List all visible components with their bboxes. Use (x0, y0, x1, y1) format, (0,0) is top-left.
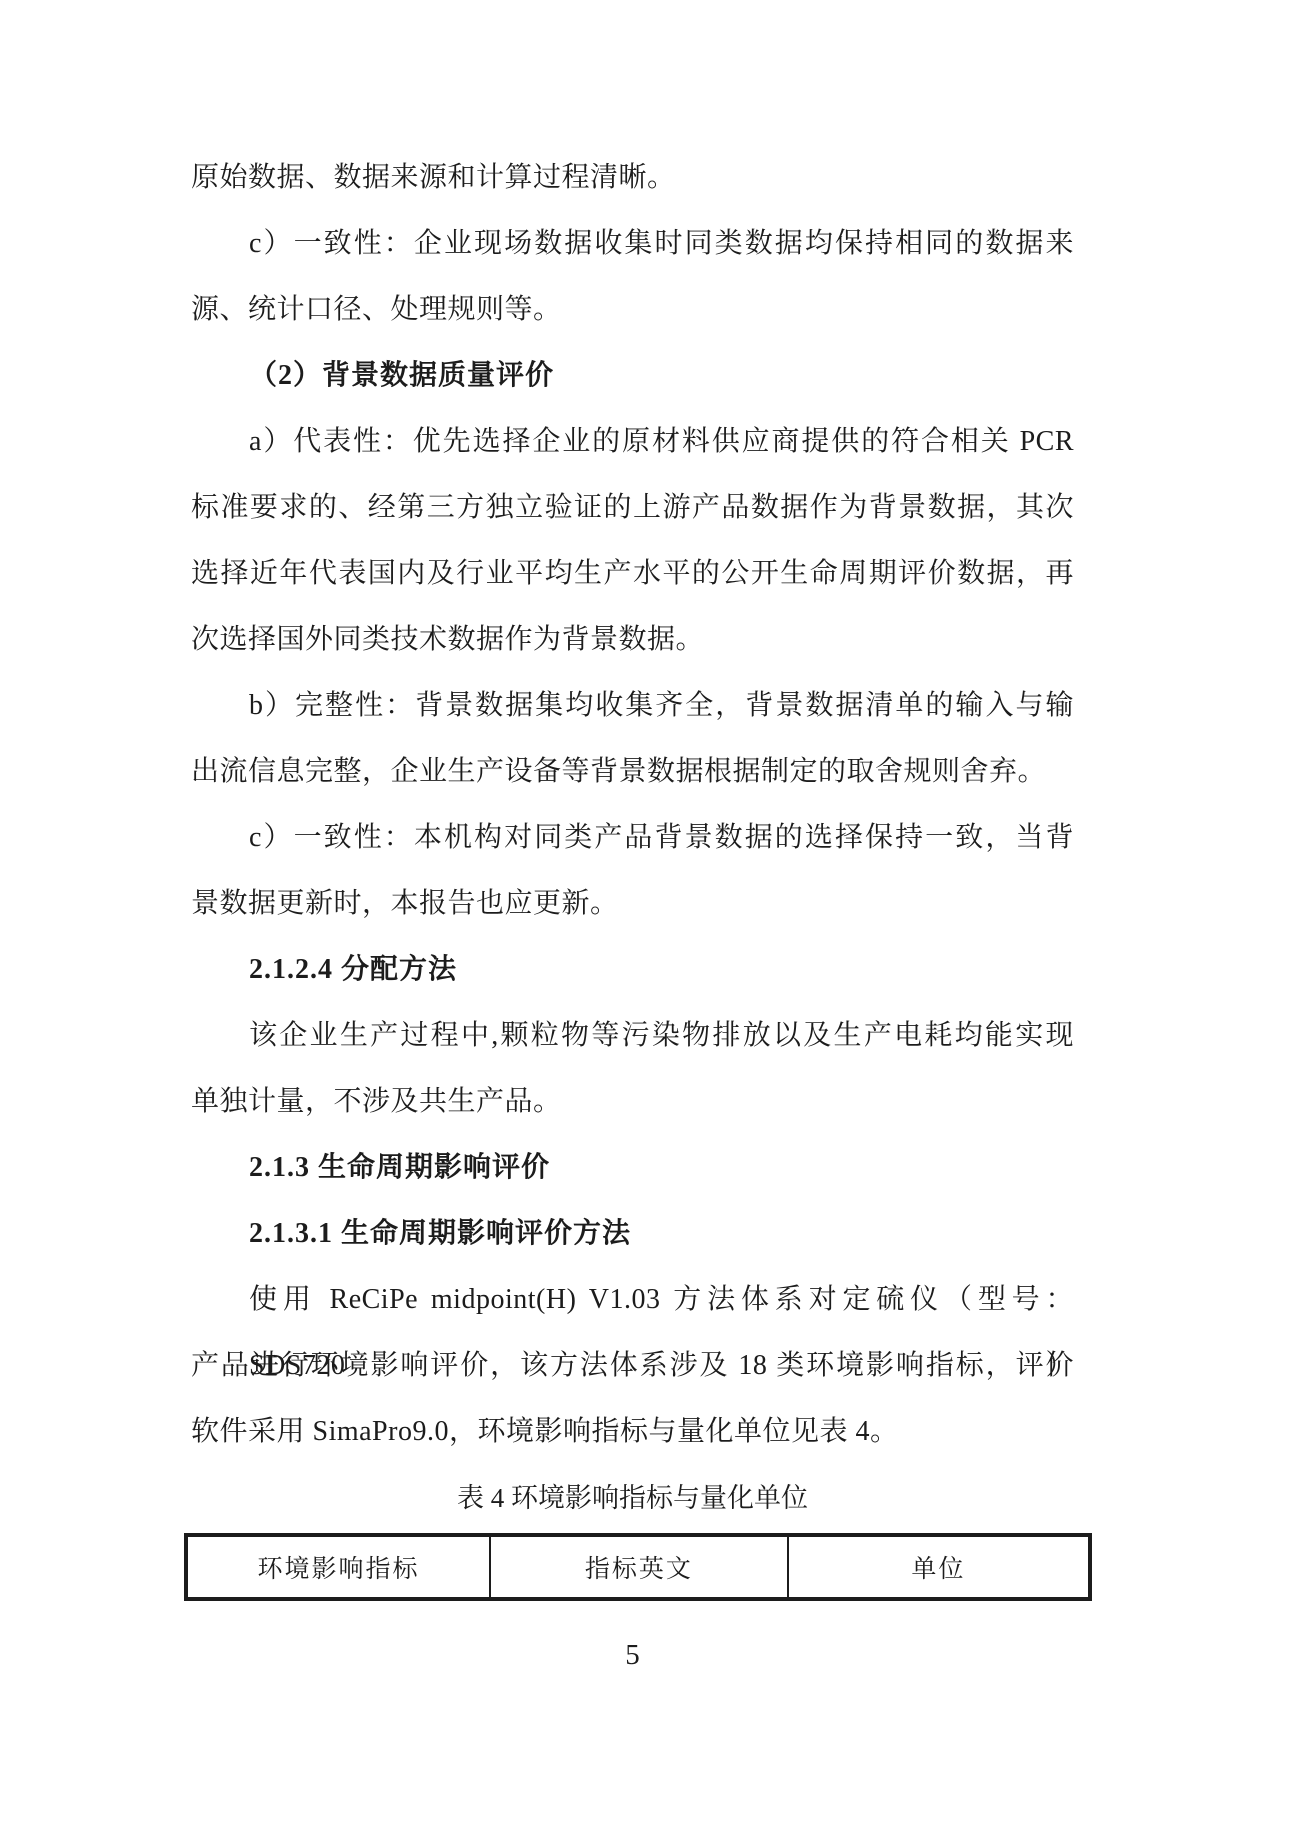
body-text-line: 产品进行环境影响评价，该方法体系涉及 18 类环境影响指标，评价 (191, 1333, 1074, 1399)
body-text-line: 标准要求的、经第三方独立验证的上游产品数据作为背景数据，其次 (191, 475, 1074, 541)
document-page: 原始数据、数据来源和计算过程清晰。 c）一致性：企业现场数据收集时同类数据均保持… (0, 0, 1299, 1836)
body-text-line: c）一致性：企业现场数据收集时同类数据均保持相同的数据来 (191, 211, 1074, 277)
body-text-line: a）代表性：优先选择企业的原材料供应商提供的符合相关 PCR (191, 409, 1074, 475)
body-text-line: 次选择国外同类技术数据作为背景数据。 (191, 607, 1074, 673)
section-heading-background-data-quality: （2）背景数据质量评价 (191, 343, 1074, 409)
body-text-line: 软件采用 SimaPro9.0，环境影响指标与量化单位见表 4。 (191, 1399, 1074, 1465)
table-header-row: 环境影响指标 指标英文 单位 (186, 1535, 1090, 1599)
section-heading-lcia: 2.1.3 生命周期影响评价 (191, 1135, 1074, 1201)
table-header-unit: 单位 (788, 1535, 1090, 1599)
body-text-line: 选择近年代表国内及行业平均生产水平的公开生命周期评价数据，再 (191, 541, 1074, 607)
body-text-line: 源、统计口径、处理规则等。 (191, 277, 1074, 343)
body-text-line: 该企业生产过程中,颗粒物等污染物排放以及生产电耗均能实现 (191, 1003, 1074, 1069)
body-text-line: 原始数据、数据来源和计算过程清晰。 (191, 145, 1074, 211)
table-header-impact-indicator: 环境影响指标 (186, 1535, 490, 1599)
body-text-line: 单独计量，不涉及共生产品。 (191, 1069, 1074, 1135)
table-caption: 表 4 环境影响指标与量化单位 (191, 1465, 1074, 1531)
section-heading-lcia-method: 2.1.3.1 生命周期影响评价方法 (191, 1201, 1074, 1267)
section-heading-allocation-method: 2.1.2.4 分配方法 (191, 937, 1074, 1003)
body-text-line: b）完整性：背景数据集均收集齐全，背景数据清单的输入与输 (191, 673, 1074, 739)
body-text-line: c）一致性：本机构对同类产品背景数据的选择保持一致，当背 (191, 805, 1074, 871)
body-text-line: 使用 ReCiPe midpoint(H) V1.03 方法体系对定硫仪（型号：… (191, 1267, 1074, 1333)
table-header-indicator-english: 指标英文 (490, 1535, 788, 1599)
page-number: 5 (191, 1635, 1074, 1675)
environmental-impact-table: 环境影响指标 指标英文 单位 (184, 1533, 1092, 1601)
body-text-line: 出流信息完整，企业生产设备等背景数据根据制定的取舍规则舍弃。 (191, 739, 1074, 805)
body-text-line: 景数据更新时，本报告也应更新。 (191, 871, 1074, 937)
